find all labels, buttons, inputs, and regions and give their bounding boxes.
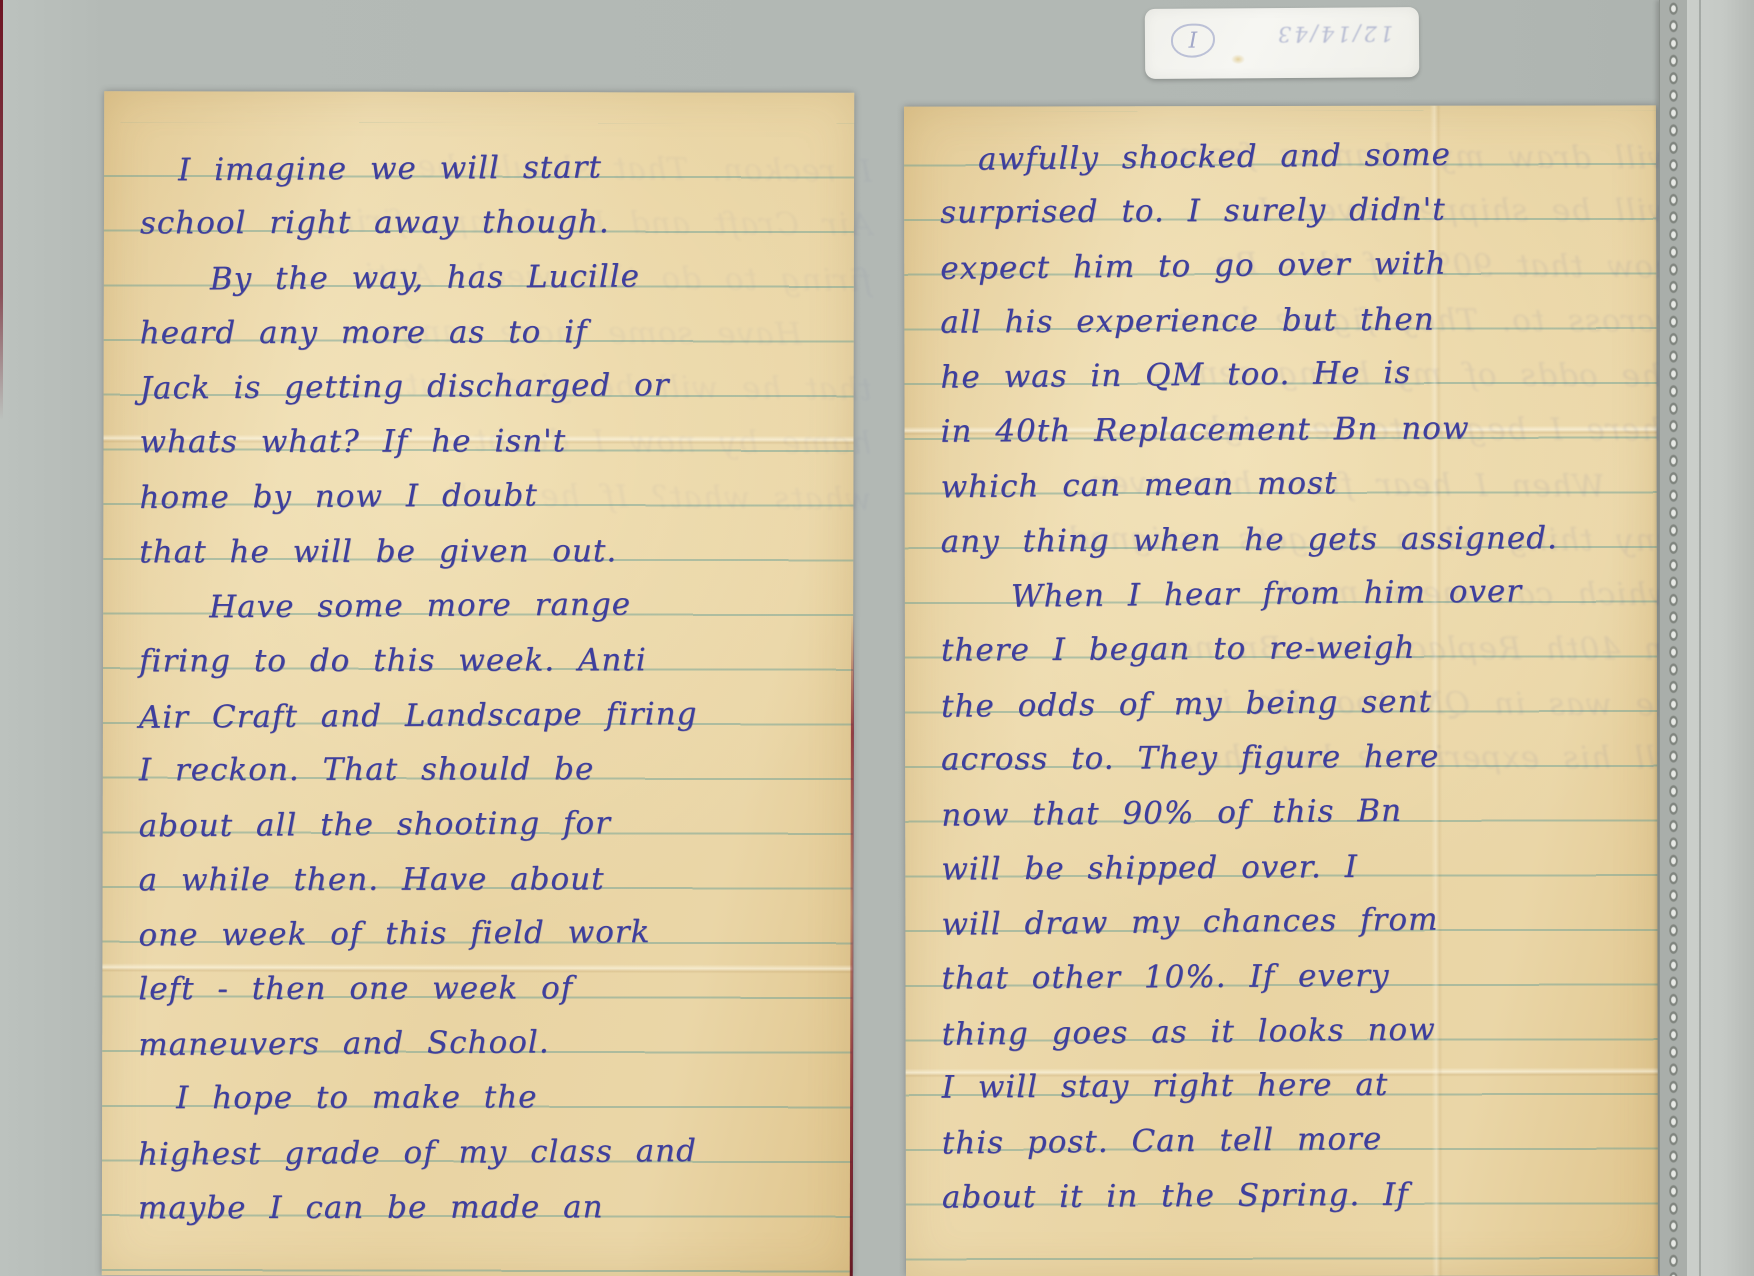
handwriting-line: maneuvers and School. — [116, 997, 846, 1053]
handwriting-line: highest grade of my class and — [116, 1107, 846, 1163]
handwriting-line: a while then. Have about — [117, 833, 847, 889]
scan-background: I reckon. That should beAir Craft and La… — [0, 0, 1754, 1276]
handwriting-line: whats what? If he isn't — [117, 396, 847, 452]
label-circled-mark: I — [1171, 23, 1215, 57]
handwriting-line: which can mean most — [919, 438, 1651, 494]
sleeve-right-area — [1687, 0, 1754, 1276]
handwriting-line: in 40th Replacement Bn now — [918, 384, 1650, 440]
handwriting-line: about it in the Spring. If — [920, 1149, 1652, 1205]
handwriting-line: all his experience but then — [918, 274, 1650, 330]
handwriting-line: awfully shocked and some — [918, 110, 1650, 166]
handwriting-line: the odds of my being sent — [919, 657, 1651, 713]
handwriting-line: By the way, has Lucille — [118, 232, 848, 288]
archival-label: I 12/14/43 — [1145, 7, 1419, 79]
handwriting-line: home by now I doubt — [117, 450, 847, 506]
handwriting-line: left - then one week of — [116, 943, 846, 999]
handwriting-line: I will stay right here at — [920, 1040, 1652, 1096]
handwriting-line: thing goes as it looks now — [920, 985, 1652, 1041]
handwriting-line: will draw my chances from — [919, 876, 1651, 932]
handwriting-line: now that 90% of this Bn — [919, 767, 1651, 823]
handwriting-line: about all the shooting for — [117, 778, 847, 834]
handwriting-line: one week of this field work — [116, 888, 846, 944]
handwriting-line: I hope to make the — [116, 1052, 846, 1108]
handwriting-line: firing to do this week. Anti — [117, 614, 847, 670]
letter-page-left: I reckon. That should beAir Craft and La… — [102, 91, 854, 1276]
handwriting-line: heard any more as to if — [118, 286, 848, 342]
handwriting-line: any thing when he gets assigned. — [919, 493, 1651, 549]
handwriting-line: will be shipped over. I — [919, 821, 1651, 877]
handwriting-line: there I began to re-weigh — [919, 603, 1651, 659]
handwriting-line: Have some more range — [117, 560, 847, 616]
handwriting-line: he was in QM too. He is — [918, 329, 1650, 385]
handwriting-line: When I hear from him over — [919, 548, 1651, 604]
sleeve-seam-perforations — [1659, 0, 1688, 1276]
handwriting-line: Air Craft and Landscape firing — [117, 669, 847, 725]
handwriting-line: that other 10%. If every — [919, 931, 1651, 987]
handwriting-line: maybe I can be made an — [116, 1161, 846, 1217]
handwriting-line: expect him to go over with — [918, 220, 1650, 276]
handwriting-line: school right away though. — [118, 177, 848, 233]
handwriting-right: awfully shocked and somesurprised to. I … — [918, 110, 1652, 1205]
handwriting-line: across to. They figure here — [919, 712, 1651, 768]
handwriting-line: that he will be given out. — [117, 505, 847, 561]
letter-page-right: will draw my chances fromwill be shipped… — [904, 105, 1658, 1276]
handwriting-line: this post. Can tell more — [920, 1095, 1652, 1151]
handwriting-line: Jack is getting discharged or — [118, 341, 848, 397]
handwriting-line: I imagine we will start — [118, 122, 848, 178]
scanner-edge-line — [0, 0, 3, 420]
handwriting-line: I reckon. That should be — [117, 724, 847, 780]
handwriting-left: I imagine we will startschool right away… — [116, 122, 848, 1217]
label-inscription: 12/14/43 — [1275, 21, 1393, 46]
handwriting-line: surprised to. I surely didn't — [918, 165, 1650, 221]
